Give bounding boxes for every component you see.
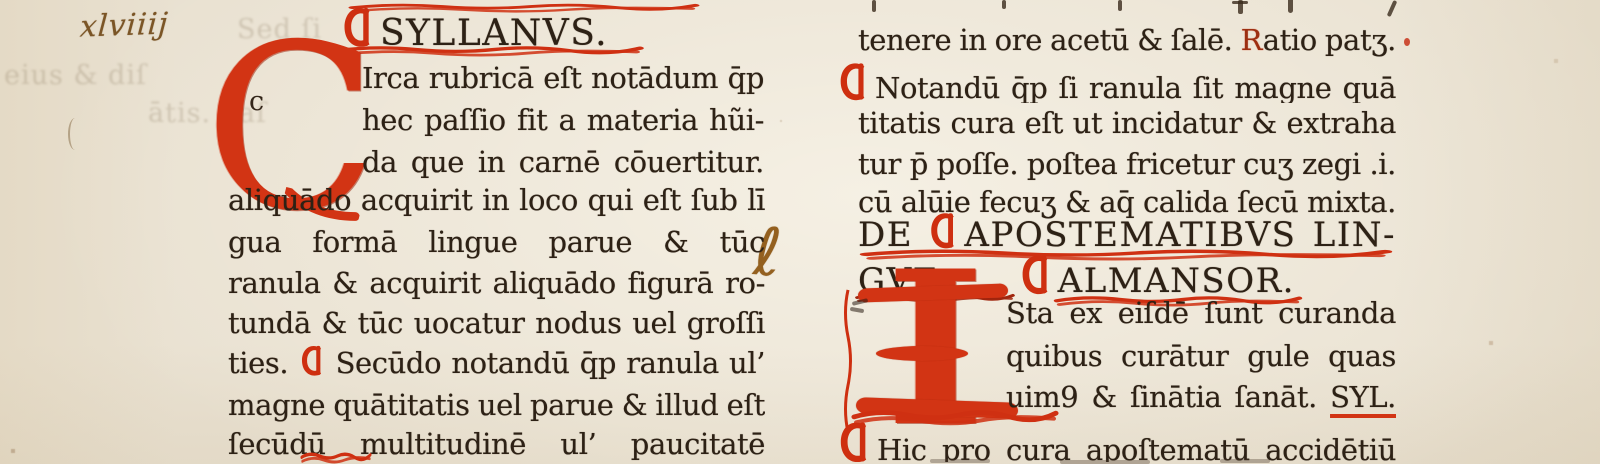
- text-line: tundā & tūc uocatur nodus uel groſſi: [228, 303, 765, 345]
- cutoff-stroke: [1232, 1, 1248, 4]
- text-segment: Notandū q̄p ſi ranula ſit magne quā: [875, 71, 1396, 103]
- text-line: aliquādo acquirit in loco qui eſt ſub lī: [228, 180, 765, 222]
- pen-mark: [68, 118, 82, 150]
- text-line: hec paſſio fit a materia hũi-: [362, 100, 764, 142]
- rubricated-initial-r: R: [1241, 23, 1263, 57]
- text-line: da que in carnē cōuertitur. &: [362, 142, 764, 184]
- cutoff-stroke: [1002, 0, 1006, 9]
- text-segment: atio patʒ.: [1263, 23, 1396, 57]
- text-line: Notandū q̄p ſi ranula ſit magne quā: [838, 61, 1396, 103]
- capitulum-icon: [838, 420, 869, 462]
- capitulum-icon: [300, 344, 323, 377]
- text-segment: Hic pro cura apoſtematū accidētiū: [877, 433, 1396, 462]
- cutoff-stroke: [930, 459, 990, 463]
- text-line: Hic pro cura apoſtematū accidētiū: [838, 420, 1396, 462]
- drop-cap-mid-knot: [876, 346, 968, 361]
- cutoff-stroke: [1118, 0, 1122, 11]
- text-segment: ties.: [228, 346, 288, 380]
- cutoff-stroke: [1387, 0, 1398, 17]
- text-line: gua formā lingue parue & tūc uocatur: [228, 222, 765, 264]
- text-line: uim9 & ſinātia ſanāt. SYL.: [1006, 377, 1396, 419]
- text-line: Irca rubricā eſt notādum q̄p: [362, 58, 764, 100]
- book-page: xlviiij ℓ Sed ſi eius & diſ ātis. paſ SY…: [0, 0, 1600, 464]
- ghost-text: eius & diſ: [4, 60, 147, 91]
- text-segment: uim9 & ſinātia ſanāt.: [1006, 380, 1317, 414]
- text-line: titatis cura eſt ut incidatur & extraha: [858, 103, 1396, 145]
- rubric-cutoff-bottom: [300, 448, 372, 464]
- capitulum-icon: [1020, 253, 1050, 296]
- cutoff-stroke: [1220, 459, 1270, 463]
- cutoff-stroke: [1060, 460, 1150, 464]
- cutoff-stroke: [1288, 0, 1293, 13]
- text-line: tenere in ore acetū & ſalē. Ratio patʒ.: [858, 20, 1396, 62]
- rubric-fleck: [1404, 38, 1410, 46]
- source-reference: SYL.: [1330, 380, 1396, 414]
- folio-number: xlviiij: [79, 6, 170, 44]
- text-line: magne quātitatis uel parue & illud eſt: [228, 385, 765, 427]
- text-line: ranula & acquirit aliquādo figurā ro-: [228, 263, 765, 305]
- capitulum-icon: [838, 61, 867, 102]
- text-line: quibus curātur gule quas no: [1006, 336, 1396, 378]
- text-line: Sta ex eiſdē ſunt curanda ex: [1006, 293, 1396, 335]
- paper-speckles: [0, 0, 2, 2]
- guide-letter: c: [249, 86, 264, 117]
- cutoff-stroke: [872, 0, 876, 12]
- text-line: ties. Secūdo notandū q̄p ranula ul’ ē: [228, 343, 765, 385]
- text-line: tur p̄ poſſe. poſtea fricetur cuʒ zegi .…: [858, 144, 1396, 186]
- text-segment: da que in carnē cōuertitur.: [362, 145, 764, 179]
- text-segment: tenere in ore acetū & ſalē.: [858, 23, 1232, 57]
